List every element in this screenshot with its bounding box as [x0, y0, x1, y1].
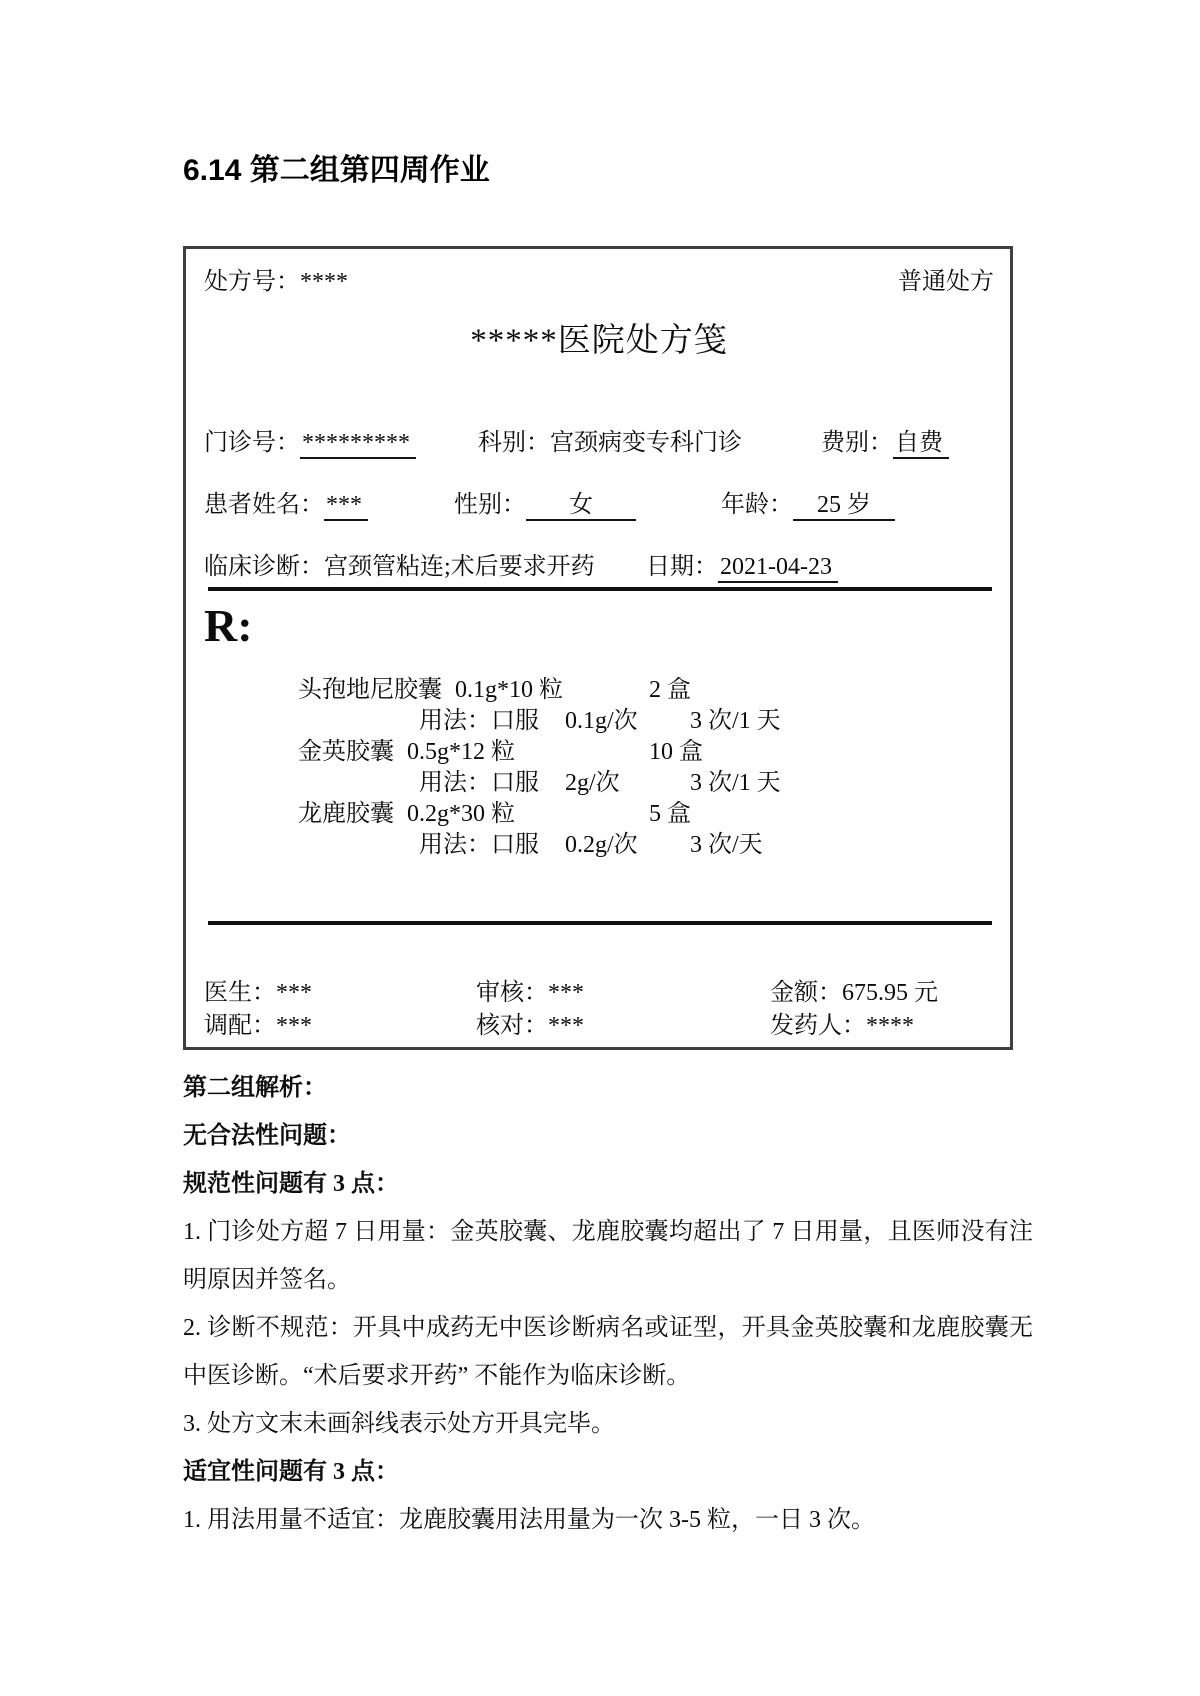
patient-age-label: 年龄： [721, 489, 793, 521]
check-value: *** [548, 1010, 584, 1043]
outpatient-number-value: ********* [300, 429, 416, 459]
amount-field: 金额： 675.95 元 [770, 977, 938, 1010]
drug-usage-row: 用法：口服 0.1g/次 3 次/1 天 [419, 706, 994, 737]
clinical-diagnosis-label: 临床诊断： [204, 551, 324, 583]
patient-name-label: 患者姓名： [204, 489, 324, 521]
review-field: 审核： *** [476, 977, 770, 1010]
rx-number-value: **** [300, 267, 348, 297]
prescription-header-row: 处方号： **** 普通处方 [204, 267, 994, 297]
patient-info-row: 患者姓名： *** 性别： 女 年龄： 25 岁 [204, 489, 994, 521]
standard-issue-item: 3. 处方文末未画斜线表示处方开具完毕。 [183, 1400, 1033, 1448]
patient-gender: 性别： 女 [454, 489, 721, 521]
drug-quantity: 2 盒 [649, 675, 691, 706]
patient-gender-label: 性别： [454, 489, 526, 521]
drug-name: 龙鹿胶囊 [298, 799, 394, 830]
drug-dose: 2g/次 [565, 768, 690, 799]
drug-spec: 0.5g*12 粒 [407, 737, 515, 768]
issuer-field: 发药人： **** [770, 1010, 914, 1043]
drug-dose: 0.2g/次 [565, 830, 690, 861]
check-label: 核对： [476, 1010, 548, 1043]
drug-usage-row: 用法：口服 2g/次 3 次/1 天 [419, 768, 994, 799]
fee-type-label: 费别： [821, 427, 893, 459]
drug-quantity: 10 盒 [649, 737, 703, 768]
drug-frequency: 3 次/天 [690, 830, 763, 861]
drug-name: 金英胶囊 [298, 737, 394, 768]
rx-number: 处方号： **** [204, 267, 348, 297]
separator-line-bottom [208, 921, 992, 925]
drug-name: 头孢地尼胶囊 [298, 675, 442, 706]
outpatient-number: 门诊号： ********* [204, 427, 478, 459]
diagnosis-row: 临床诊断： 宫颈管粘连;术后要求开药 日期： 2021-04-23 [204, 551, 994, 583]
rx-symbol: R: [204, 599, 994, 653]
standard-issues-heading: 规范性问题有 3 点： [183, 1160, 1033, 1208]
drug-usage: 用法：口服 [419, 830, 565, 861]
department: 科别： 宫颈病变专科门诊 [478, 427, 821, 459]
department-label: 科别： [478, 427, 550, 459]
drug-quantity: 5 盒 [649, 799, 691, 830]
drug-list: 头孢地尼胶囊 0.1g*10 粒 2 盒 用法：口服 0.1g/次 3 次/1 … [298, 675, 994, 861]
drug-row: 头孢地尼胶囊 0.1g*10 粒 2 盒 [298, 675, 994, 706]
signature-row: 调配： *** 核对： *** 发药人： **** [204, 1010, 994, 1043]
clinical-diagnosis: 临床诊断： 宫颈管粘连;术后要求开药 [204, 551, 646, 583]
patient-age: 年龄： 25 岁 [721, 489, 895, 521]
prescription-form: 处方号： **** 普通处方 *****医院处方笺 门诊号： *********… [183, 246, 1013, 1050]
drug-usage: 用法：口服 [419, 768, 565, 799]
drug-row: 龙鹿胶囊 0.2g*30 粒 5 盒 [298, 799, 994, 830]
patient-name-value: *** [324, 491, 368, 521]
standard-issue-item: 1. 门诊处方超 7 日用量：金英胶囊、龙鹿胶囊均超出了 7 日用量，且医师没有… [183, 1208, 1033, 1304]
drug-spec: 0.1g*10 粒 [455, 675, 563, 706]
rx-type-badge: 普通处方 [898, 267, 994, 297]
amount-value: 675.95 元 [842, 977, 938, 1010]
dispense-label: 调配： [204, 1010, 276, 1043]
suitability-issues-heading: 适宜性问题有 3 点： [183, 1448, 1033, 1496]
patient-age-value: 25 岁 [793, 491, 895, 521]
drug-usage: 用法：口服 [419, 706, 565, 737]
doctor-field: 医生： *** [204, 977, 476, 1010]
clinical-diagnosis-value: 宫颈管粘连;术后要求开药 [324, 551, 595, 583]
drug-usage-row: 用法：口服 0.2g/次 3 次/天 [419, 830, 994, 861]
separator-line-top [208, 587, 992, 591]
suitability-issue-item: 1. 用法用量不适宜：龙鹿胶囊用法用量为一次 3-5 粒，一日 3 次。 [183, 1496, 1033, 1544]
analysis-section: 第二组解析： 无合法性问题： 规范性问题有 3 点： 1. 门诊处方超 7 日用… [183, 1064, 1033, 1544]
issuer-value: **** [866, 1010, 914, 1043]
dispense-value: *** [276, 1010, 312, 1043]
doctor-value: *** [276, 977, 312, 1010]
fee-type-value: 自费 [893, 429, 949, 459]
prescription-date: 日期： 2021-04-23 [646, 551, 838, 583]
prescription-date-value: 2021-04-23 [718, 553, 838, 583]
outpatient-number-label: 门诊号： [204, 427, 300, 459]
fee-type: 费别： 自费 [821, 427, 949, 459]
standard-issue-item: 2. 诊断不规范：开具中成药无中医诊断病名或证型，开具金英胶囊和龙鹿胶囊无中医诊… [183, 1304, 1033, 1400]
page-title: 6.14 第二组第四周作业 [183, 152, 1035, 190]
legality-note: 无合法性问题： [183, 1112, 1033, 1160]
outpatient-info-row: 门诊号： ********* 科别： 宫颈病变专科门诊 费别： 自费 [204, 427, 994, 459]
document-page: 6.14 第二组第四周作业 处方号： **** 普通处方 *****医院处方笺 … [0, 0, 1200, 1696]
drug-row: 金英胶囊 0.5g*12 粒 10 盒 [298, 737, 994, 768]
review-label: 审核： [476, 977, 548, 1010]
issuer-label: 发药人： [770, 1010, 866, 1043]
doctor-label: 医生： [204, 977, 276, 1010]
dispense-field: 调配： *** [204, 1010, 476, 1043]
department-value: 宫颈病变专科门诊 [550, 427, 742, 459]
rx-number-label: 处方号： [204, 267, 300, 297]
prescription-date-label: 日期： [646, 551, 718, 583]
amount-label: 金额： [770, 977, 842, 1010]
drug-frequency: 3 次/1 天 [690, 768, 781, 799]
review-value: *** [548, 977, 584, 1010]
signature-row: 医生： *** 审核： *** 金额： 675.95 元 [204, 977, 994, 1010]
hospital-title: *****医院处方笺 [204, 319, 994, 363]
patient-gender-value: 女 [526, 491, 636, 521]
drug-spec: 0.2g*30 粒 [407, 799, 515, 830]
drug-frequency: 3 次/1 天 [690, 706, 781, 737]
drug-dose: 0.1g/次 [565, 706, 690, 737]
patient-name: 患者姓名： *** [204, 489, 454, 521]
analysis-heading: 第二组解析： [183, 1064, 1033, 1112]
check-field: 核对： *** [476, 1010, 770, 1043]
signature-section: 医生： *** 审核： *** 金额： 675.95 元 调配： *** [204, 977, 994, 1043]
